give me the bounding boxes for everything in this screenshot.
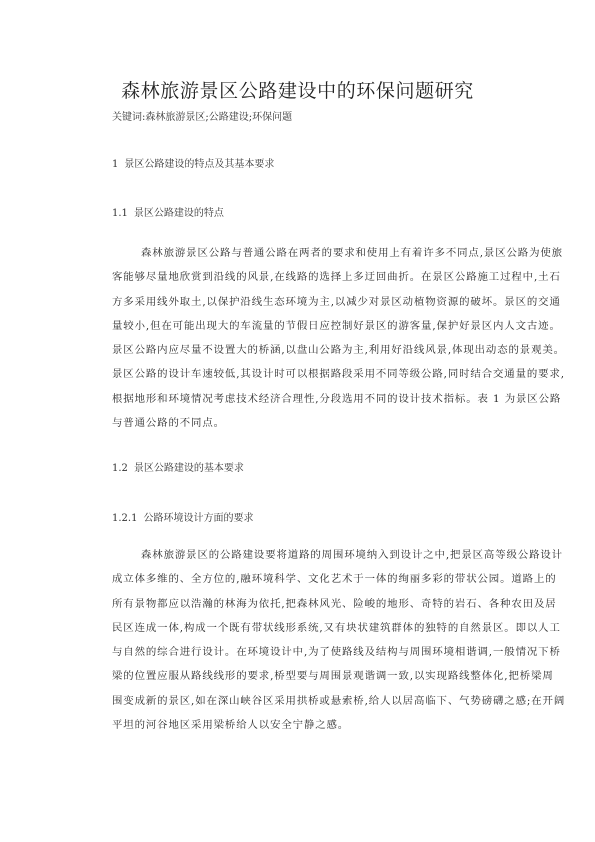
paragraph-line: 梁的位置应服从路线线形的要求,桥型要与周围景观谐调一致,以实现路线整体化,把桥梁… (112, 664, 524, 688)
paragraph-line: 森林旅游景区公路与普通公路在两者的要求和使用上有着许多不同点,景区公路为使旅 (112, 241, 524, 265)
paragraph-line: 景区公路内应尽量不设置大的桥涵,以盘山公路为主,利用好沿线风景,体现出动态的景观… (112, 338, 524, 362)
paragraph-line: 所有景物都应以浩瀚的林海为依托,把森林风光、险峻的地形、奇特的岩石、各种农田及居 (112, 592, 524, 616)
paragraph-line: 客能够尽量地欣赏到沿线的风景,在线路的选择上多迂回曲折。在景区公路施工过程中,土… (112, 265, 524, 289)
section-number: 1.2 (112, 463, 128, 474)
paragraph-environment-design: 森林旅游景区的公路建设要将道路的周围环境纳入到设计之中,把景区高等级公路设计 成… (112, 543, 524, 737)
section-number: 1.1 (112, 208, 128, 219)
paragraph-line: 民区连成一体,构成一个既有带状线形系统,又有块状建筑群体的独特的自然景区。即以人… (112, 616, 524, 640)
paragraph-line: 与普通公路的不同点。 (112, 411, 524, 435)
section-title: 公路环境设计方面的要求 (143, 513, 253, 524)
keywords-line: 关键词:森林旅游景区;公路建设;环保问题 (112, 108, 292, 123)
document-page: 森林旅游景区公路建设中的环保问题研究 关键词:森林旅游景区;公路建设;环保问题 … (0, 0, 595, 842)
section-heading-1-2-1: 1.2.1公路环境设计方面的要求 (112, 509, 253, 524)
section-title: 景区公路建设的特点及其基本要求 (124, 159, 274, 170)
section-heading-1-2: 1.2景区公路建设的基本要求 (112, 459, 244, 474)
paragraph-line: 量较小,但在可能出现大的车流量的节假日应控制好景区的游客量,保护好景区内人文古迹… (112, 314, 524, 338)
paragraph-line: 方多采用线外取土,以保护沿线生态环境为主,以减少对景区动植物资源的破坏。景区的交… (112, 290, 524, 314)
section-number: 1 (112, 159, 118, 170)
paragraph-line: 围变成新的景区,如在深山峡谷区采用拱桥或悬索桥,给人以居高临下、气势磅礴之感;在… (112, 689, 524, 713)
paragraph-line: 根据地形和环境情况考虑技术经济合理性,分段选用不同的设计技术指标。表 1 为景区… (112, 387, 524, 411)
section-heading-1-1: 1.1景区公路建设的特点 (112, 204, 224, 219)
paragraph-line: 平坦的河谷地区采用梁桥给人以安全宁静之感。 (112, 713, 524, 737)
paragraph-line: 与自然的综合进行设计。在环境设计中,为了使路线及结构与周围环境相谐调,一般情况下… (112, 640, 524, 664)
section-title: 景区公路建设的基本要求 (134, 463, 244, 474)
paragraph-line: 成立体多维的、全方位的,融环境科学、文化艺术于一体的绚丽多彩的带状公园。道路上的 (112, 567, 524, 591)
paragraph-line: 景区公路的设计车速较低,其设计时可以根据路段采用不同等级公路,同时结合交通量的要… (112, 362, 524, 386)
section-heading-1: 1景区公路建设的特点及其基本要求 (112, 155, 274, 170)
section-number: 1.2.1 (112, 513, 137, 524)
document-title: 森林旅游景区公路建设中的环保问题研究 (0, 76, 595, 103)
paragraph-line: 森林旅游景区的公路建设要将道路的周围环境纳入到设计之中,把景区高等级公路设计 (112, 543, 524, 567)
section-title: 景区公路建设的特点 (134, 208, 224, 219)
paragraph-features: 森林旅游景区公路与普通公路在两者的要求和使用上有着许多不同点,景区公路为使旅 客… (112, 241, 524, 435)
